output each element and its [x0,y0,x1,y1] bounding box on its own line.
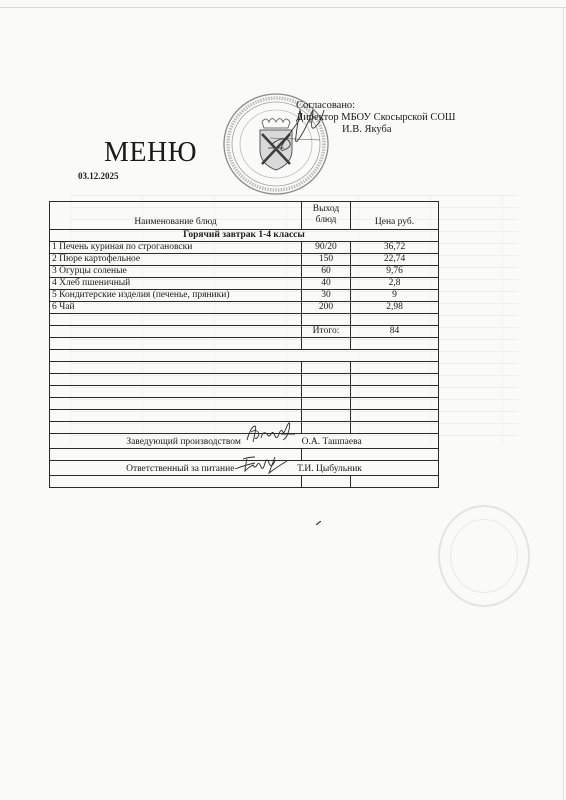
empty-cell [302,422,351,434]
empty-cell [351,410,439,422]
empty-row [50,314,439,326]
empty-cell [302,410,351,422]
section-row: Горячий завтрак 1-4 классы [50,230,439,242]
empty-cell [50,350,439,362]
empty-row [50,476,439,488]
empty-cell [50,449,302,461]
empty-cell [351,476,439,488]
empty-cell [351,422,439,434]
empty-cell [302,449,439,461]
section-title: Горячий завтрак 1-4 классы [50,230,439,242]
empty-cell [50,398,302,410]
total-label: Итого: [302,326,351,338]
nutrition-responsible-name: Т.И. Цыбульник [297,464,362,474]
empty-cell [50,476,302,488]
dish-price: 2,98 [351,302,439,314]
table-row: 1 Печень куриная по строгановски 90/20 3… [50,242,439,254]
empty-cell [351,338,439,350]
dish-name: 2 Пюре картофельное [50,254,302,266]
dish-output: 40 [302,278,351,290]
production-head-signature [243,434,299,444]
empty-row [50,410,439,422]
empty-cell [50,386,302,398]
header-output: Выход блюд [302,202,351,230]
nutrition-responsible-signature [237,461,295,471]
header-dish-name: Наименование блюд [50,202,302,230]
dish-output: 200 [302,302,351,314]
nutrition-responsible-row: Ответственный за питание Т.И. Цыбульник [50,461,439,476]
production-head-cell: Заведующий производством О.А. Ташпаева [50,434,439,449]
header-price: Цена руб. [351,202,439,230]
page-edge-right [563,7,564,800]
empty-cell [302,362,351,374]
dish-price: 36,72 [351,242,439,254]
production-head-role: Заведующий производством [126,437,241,447]
menu-table: Наименование блюд Выход блюд Цена руб. Г… [49,201,439,488]
table-row: 6 Чай 200 2,98 [50,302,439,314]
table-header-row: Наименование блюд Выход блюд Цена руб. [50,202,439,230]
approval-label: Согласовано: [296,100,456,112]
document-date: 03.12.2025 [78,171,119,181]
empty-cell [50,410,302,422]
empty-row [50,386,439,398]
table-row: 3 Огурцы соленые 60 9,76 [50,266,439,278]
approval-block: Согласовано: Директор МБОУ Скосырской СО… [296,100,456,136]
dish-name: 1 Печень куриная по строгановски [50,242,302,254]
dish-output: 30 [302,290,351,302]
total-row: Итого: 84 [50,326,439,338]
empty-cell [302,314,351,326]
dish-name: 4 Хлеб пшеничный [50,278,302,290]
reverse-side-stamp [438,505,530,607]
empty-cell [302,476,351,488]
empty-row [50,338,439,350]
table-row: 2 Пюре картофельное 150 22,74 [50,254,439,266]
dish-name: 6 Чай [50,302,302,314]
dish-output: 90/20 [302,242,351,254]
empty-cell [50,374,302,386]
empty-row [50,362,439,374]
empty-cell [302,374,351,386]
dish-price: 2,8 [351,278,439,290]
empty-row [50,374,439,386]
empty-cell [302,386,351,398]
dish-price: 9,76 [351,266,439,278]
header-output-line2: блюд [304,215,348,226]
dish-output: 150 [302,254,351,266]
empty-cell [50,314,302,326]
empty-cell [302,398,351,410]
empty-row [50,422,439,434]
production-head-row: Заведующий производством О.А. Ташпаева [50,434,439,449]
empty-cell [351,374,439,386]
empty-cell [50,326,302,338]
empty-cell [351,386,439,398]
dish-price: 22,74 [351,254,439,266]
empty-row [50,398,439,410]
empty-cell [50,422,302,434]
table-row: 4 Хлеб пшеничный 40 2,8 [50,278,439,290]
table-row: 5 Кондитерские изделия (печенье, пряники… [50,290,439,302]
empty-cell [351,398,439,410]
empty-cell [351,314,439,326]
nutrition-responsible-role: Ответственный за питание [126,464,234,474]
dish-name: 5 Кондитерские изделия (печенье, пряники… [50,290,302,302]
total-value: 84 [351,326,439,338]
nutrition-responsible-cell: Ответственный за питание Т.И. Цыбульник [50,461,439,476]
page-edge-top [0,7,566,8]
dish-price: 9 [351,290,439,302]
dish-output: 60 [302,266,351,278]
document-title: МЕНЮ [104,137,197,169]
approval-director-name: И.В. Якуба [296,124,456,136]
empty-cell [302,338,351,350]
empty-row [50,449,439,461]
ink-speck [316,521,321,525]
empty-cell [50,362,302,374]
production-head-name: О.А. Ташпаева [302,437,362,447]
dish-name: 3 Огурцы соленые [50,266,302,278]
approval-director-title: Директор МБОУ Скосырской СОШ [296,112,456,124]
empty-row [50,350,439,362]
empty-cell [50,338,302,350]
header-output-line1: Выход [304,204,348,215]
empty-cell [351,362,439,374]
